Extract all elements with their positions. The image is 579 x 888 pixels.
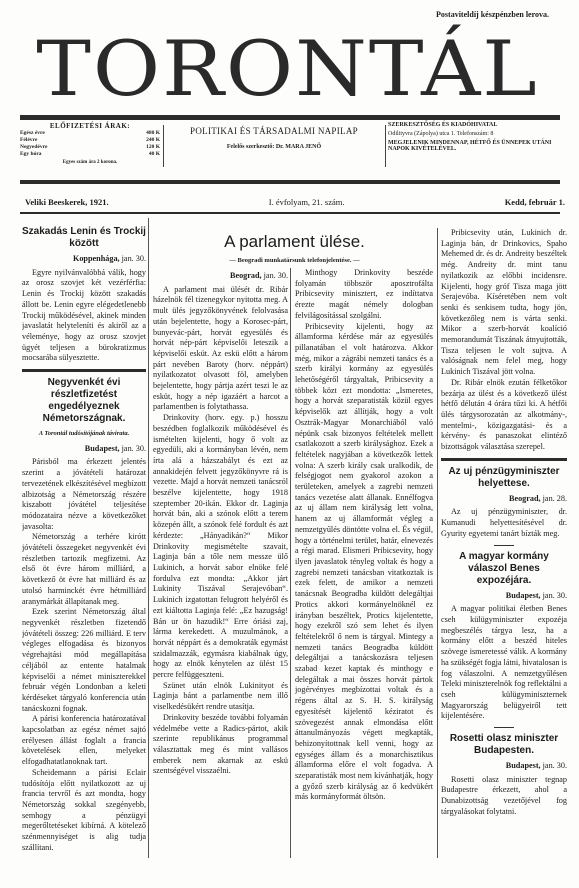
article-paragraph: Egyre nyilvánvalóbbá válik, hogy az oros…: [22, 268, 146, 364]
price-row: Félévre240 K: [20, 137, 160, 144]
column-rule: [290, 268, 291, 858]
article-dateline: Budapest, jan. 30.: [441, 591, 567, 602]
article-dateline: Koppenhága, jan. 30.: [22, 254, 146, 265]
article-headline: Az uj pénzügyminiszter helyettese.: [441, 466, 567, 490]
article-place: Budapest,: [85, 444, 120, 453]
article-place: Budapest,: [506, 591, 541, 600]
column-rule: [148, 218, 149, 858]
article-headline: Negyvenkét évi részletfizetést engedélye…: [22, 377, 146, 425]
article-paragraph: Ezek szerint Németország által negyvenké…: [22, 607, 146, 714]
article-paragraph: Pribicsevity után, Lukinich dr. Laginja …: [441, 228, 567, 378]
article-subhead: A Torontál tudósítójának távirata.: [22, 429, 146, 440]
article-divider: [441, 458, 567, 461]
article-date: jan. 30.: [543, 591, 567, 600]
subscription-prices: ELŐFIZETÉSI ÁRAK: Egész évre480 K Félévr…: [20, 122, 160, 165]
newspaper-title: TORONTÁL: [20, 33, 555, 107]
article-paragraph: Németország a terhére kirótt jóvátételi …: [22, 532, 146, 607]
column-4: Pribicsevity után, Lukinich dr. Laginja …: [441, 228, 567, 868]
office-title: SZERKESZTŐSÉG ÉS KIADÓHIVATAL: [388, 122, 563, 128]
article-paragraph: Pribicsevity kijelenti, hogy az államfor…: [295, 322, 433, 804]
article-divider: [22, 369, 146, 372]
header-divider: [163, 125, 164, 167]
article-divider: [494, 727, 514, 728]
header-right: SZERKESZTŐSÉG ÉS KIADÓHIVATAL Odilityvra…: [388, 122, 563, 155]
price-label: Egy hóra: [20, 151, 42, 158]
single-copy-price: Egyes szám ára 2 korona.: [20, 160, 160, 165]
article-paragraph: A magyar politikai életben Benes cseh kü…: [441, 604, 567, 722]
article-dateline: Budapest, jan. 30.: [22, 444, 146, 455]
price-row: Negyedévre120 K: [20, 144, 160, 151]
price-label: Egész évre: [20, 130, 45, 137]
parliament-header: A parlament ülése. — Beogradi munkatársu…: [152, 228, 437, 271]
newspaper-page: Postaviteldíj készpénzben lerova. TORONT…: [0, 0, 579, 888]
prices-title: ELŐFIZETÉSI ÁRAK:: [20, 122, 160, 130]
office-address: Odilityvra (Zápolya) utca 1. Telefonszám…: [388, 131, 563, 137]
price-label: Félévre: [20, 137, 37, 144]
article-headline: Rosetti olasz miniszter Budapesten.: [441, 733, 567, 757]
article-paragraph: Minthogy Drinkovity beszéde folyamán töb…: [295, 268, 433, 322]
article-dateline: Beograd, jan. 30.: [153, 271, 288, 282]
article-dateline: Budapest, jan. 30.: [441, 761, 567, 772]
column-2: Beograd, jan. 30. A parlament mai ülését…: [153, 268, 288, 860]
article-paragraph: Párisból ma érkezett jelentés szerint a …: [22, 457, 146, 532]
masthead-rule-top: [20, 115, 560, 120]
header-center: POLITIKAI ÉS TÁRSADALMI NAPILAP Felelős …: [165, 122, 383, 150]
article-paragraph: Drinkovity beszéde további folyamán véde…: [153, 713, 288, 777]
article-paragraph: Drinkovity (horv. egy. p.) hosszu beszéd…: [153, 413, 288, 681]
article-paragraph: Rosetti olasz miniszter tegnap Budapestr…: [441, 775, 567, 818]
article-place: Beograd,: [230, 271, 262, 280]
masthead-rule-bottom: [20, 180, 560, 184]
article-headline: A parlament ülése.: [152, 232, 437, 252]
article-headline: Szakadás Lenin és Trockij között: [22, 226, 146, 250]
article-headline: A magyar kormány válaszol Benes expozéjá…: [441, 551, 567, 587]
paper-subtitle: POLITIKAI ÉS TÁRSADALMI NAPILAP: [165, 126, 383, 136]
price-row: Egy hóra40 K: [20, 151, 160, 158]
header-divider: [385, 125, 386, 167]
postage-note: Postaviteldíj készpénzben lerova.: [436, 10, 549, 19]
issue-volume: I. évfolyam, 21. szám.: [269, 197, 345, 207]
editor-line: Felelős szerkesztő: Dr. MARA JENŐ: [165, 144, 383, 150]
article-paragraph: A párisi konferencia határozatával kapcs…: [22, 714, 146, 768]
article-place: Beograd,: [509, 494, 541, 503]
article-date: jan. 30.: [264, 271, 288, 280]
article-divider: [494, 545, 514, 546]
article-place: Koppenhága,: [73, 254, 120, 263]
column-3: Minthogy Drinkovity beszéde folyamán töb…: [295, 268, 433, 868]
issue-date: Kedd, február 1.: [505, 197, 565, 207]
dateline-rule: [20, 212, 560, 214]
dateline: Veliki Beeskerek, 1921. I. évfolyam, 21.…: [25, 197, 565, 207]
article-paragraph: Szünet után elnök Lukinityot és Laginja …: [153, 681, 288, 713]
article-date: jan. 30.: [122, 444, 146, 453]
article-paragraph: Dr. Ribár elnök ezután félketőkor bezárj…: [441, 378, 567, 453]
price-row: Egész évre480 K: [20, 130, 160, 137]
article-paragraph: Scheidemann a párisi Eclair tudósítója e…: [22, 768, 146, 854]
publication-schedule: MEGJELENIK MINDENNAP, HÉTFŐ ÉS ÜNNEPEK U…: [388, 140, 563, 152]
article-paragraph: A parlament mai ülését dr. Ribár házelnö…: [153, 285, 288, 413]
article-date: jan. 30.: [122, 254, 146, 263]
article-paragraph: Az uj pénzügyminiszter, dr. Kumanudi hel…: [441, 507, 567, 539]
article-dateline: Beograd, jan. 28.: [441, 494, 567, 505]
price-value: 480 K: [146, 130, 160, 137]
price-value: 240 K: [146, 137, 160, 144]
issue-place: Veliki Beeskerek, 1921.: [25, 197, 109, 207]
column-1: Szakadás Lenin és Trockij között Koppenh…: [22, 222, 146, 872]
price-value: 40 K: [149, 151, 160, 158]
article-place: Budapest,: [506, 761, 541, 770]
article-date: jan. 28.: [543, 494, 567, 503]
price-label: Negyedévre: [20, 144, 47, 151]
column-rule: [437, 228, 438, 858]
article-date: jan. 30.: [543, 761, 567, 770]
article-subhead: — Beogradi munkatársunk telefonjelentése…: [152, 256, 437, 267]
price-value: 120 K: [146, 144, 160, 151]
